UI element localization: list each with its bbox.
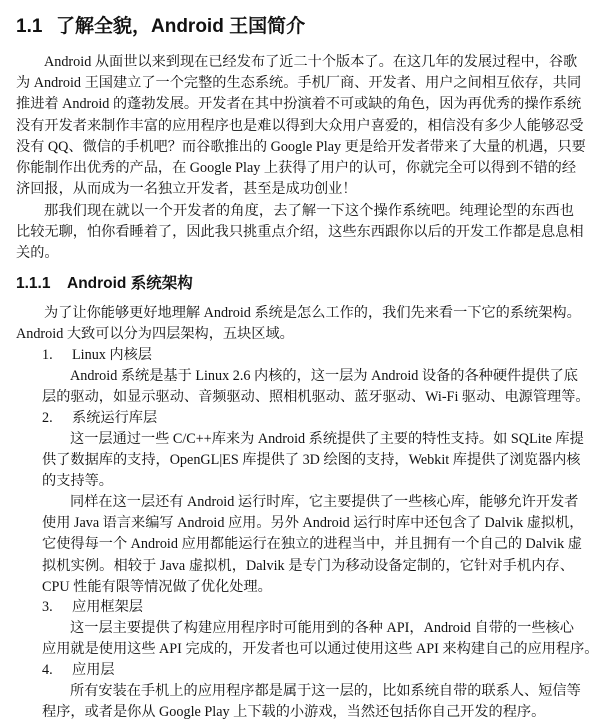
text-line: 所有安装在手机上的应用程序都是属于这一层的，比如系统自带的联系人、短信等	[42, 681, 574, 702]
layer-title: 系统运行库层	[72, 410, 157, 426]
layer-heading-4: 4.应用层	[42, 660, 115, 681]
text-line: 层的驱动，如显示驱动、音频驱动、照相机驱动、蓝牙驱动、Wi-Fi 驱动、电源管理…	[42, 387, 574, 408]
layer-title: 应用层	[72, 662, 115, 678]
text-line: 应用就是使用这些 API 完成的，开发者也可以通过使用这些 API 来构建自己的…	[42, 639, 574, 660]
layer-heading-3: 3.应用框架层	[42, 597, 143, 618]
text-line: 关的。	[16, 243, 574, 264]
subsection-heading: 1.1.1Android 系统架构	[16, 271, 193, 293]
text-line: 拟机实例。相较于 Java 虚拟机，Dalvik 是专门为移动设备定制的，它针对…	[42, 556, 574, 577]
text-line: 供了数据库的支持，OpenGL|ES 库提供了 3D 绘图的支持，Webkit …	[42, 450, 574, 471]
layer-number: 2.	[42, 408, 72, 429]
layer-heading-2: 2.系统运行库层	[42, 408, 157, 429]
layer-3-paragraph: 这一层主要提供了构建应用程序时可能用到的各种 API，Android 自带的一些…	[42, 618, 574, 660]
text-line: 这一层主要提供了构建应用程序时可能用到的各种 API，Android 自带的一些…	[42, 618, 574, 639]
text-line: Android 从面世以来到现在已经发布了近二十个版本了。在这几年的发展过程中，…	[16, 52, 574, 73]
text-line: 没有开发者来制作丰富的应用程序也是难以得到大众用户喜爱的，相信没有多少人能够忍受	[16, 116, 574, 137]
text-line: 的支持等。	[42, 471, 574, 492]
layer-number: 3.	[42, 597, 72, 618]
layer-1-paragraph: Android 系统是基于 Linux 2.6 内核的，这一层为 Android…	[42, 366, 574, 408]
text-line: CPU 性能有限等情况做了优化处理。	[42, 577, 574, 598]
text-line: 比较无聊，怕你看睡着了，因此我只挑重点介绍，这些东西跟你以后的开发工作都是息息相	[16, 222, 574, 243]
text-line: 你能制作出优秀的产品，在 Google Play 上获得了用户的认可，你就完全可…	[16, 158, 574, 179]
subsection-number: 1.1.1	[16, 275, 67, 293]
subsection-title: Android 系统架构	[67, 275, 193, 292]
text-line: Android 系统是基于 Linux 2.6 内核的，这一层为 Android…	[42, 366, 574, 387]
layer-number: 4.	[42, 660, 72, 681]
text-line: 那我们现在就以一个开发者的角度，去了解一下这个操作系统吧。纯理论型的东西也	[16, 201, 574, 222]
text-line: 为了让你能够更好地理解 Android 系统是怎么工作的，我们先来看一下它的系统…	[16, 303, 574, 324]
layer-4-paragraph: 所有安装在手机上的应用程序都是属于这一层的，比如系统自带的联系人、短信等 程序，…	[42, 681, 574, 723]
text-line: 没有 QQ、微信的手机吧？而谷歌推出的 Google Play 更是给开发者带来…	[16, 137, 574, 158]
text-line: 为 Android 王国建立了一个完整的生态系统。手机厂商、开发者、用户之间相互…	[16, 73, 574, 94]
text-line: 它使得每一个 Android 应用都能运行在独立的进程当中，并且拥有一个自己的 …	[42, 534, 574, 555]
subsection-intro: 为了让你能够更好地理解 Android 系统是怎么工作的，我们先来看一下它的系统…	[16, 303, 574, 345]
text-line: 同样在这一层还有 Android 运行时库，它主要提供了一些核心库，能够允许开发…	[42, 492, 574, 513]
text-line: 程序，或者是你从 Google Play 上下载的小游戏，当然还包括你自己开发的…	[42, 702, 574, 723]
layer-heading-1: 1.Linux 内核层	[42, 345, 152, 366]
layer-title: Linux 内核层	[72, 347, 152, 363]
layer-2-paragraph-2: 同样在这一层还有 Android 运行时库，它主要提供了一些核心库，能够允许开发…	[42, 492, 574, 598]
text-line: Android 大致可以分为四层架构，五块区域。	[16, 324, 574, 345]
layer-title: 应用框架层	[72, 599, 143, 615]
text-line: 使用 Java 语言来编写 Android 应用。另外 Android 运行时库…	[42, 513, 574, 534]
text-line: 这一层通过一些 C/C++库来为 Android 系统提供了主要的特性支持。如 …	[42, 429, 574, 450]
intro-paragraph-2: 那我们现在就以一个开发者的角度，去了解一下这个操作系统吧。纯理论型的东西也 比较…	[16, 201, 574, 265]
intro-paragraph-1: Android 从面世以来到现在已经发布了近二十个版本了。在这几年的发展过程中，…	[16, 52, 574, 200]
section-number: 1.1	[16, 16, 56, 38]
layer-2-paragraph-1: 这一层通过一些 C/C++库来为 Android 系统提供了主要的特性支持。如 …	[42, 429, 574, 493]
section-title: 了解全貌，Android 王国简介	[56, 16, 305, 37]
section-heading: 1.1了解全貌，Android 王国简介	[16, 11, 305, 38]
text-line: 推进着 Android 的蓬勃发展。开发者在其中扮演着不可或缺的角色，因为再优秀…	[16, 94, 574, 115]
layer-number: 1.	[42, 345, 72, 366]
text-line: 济回报，从而成为一名独立开发者，甚至是成功创业！	[16, 179, 574, 200]
